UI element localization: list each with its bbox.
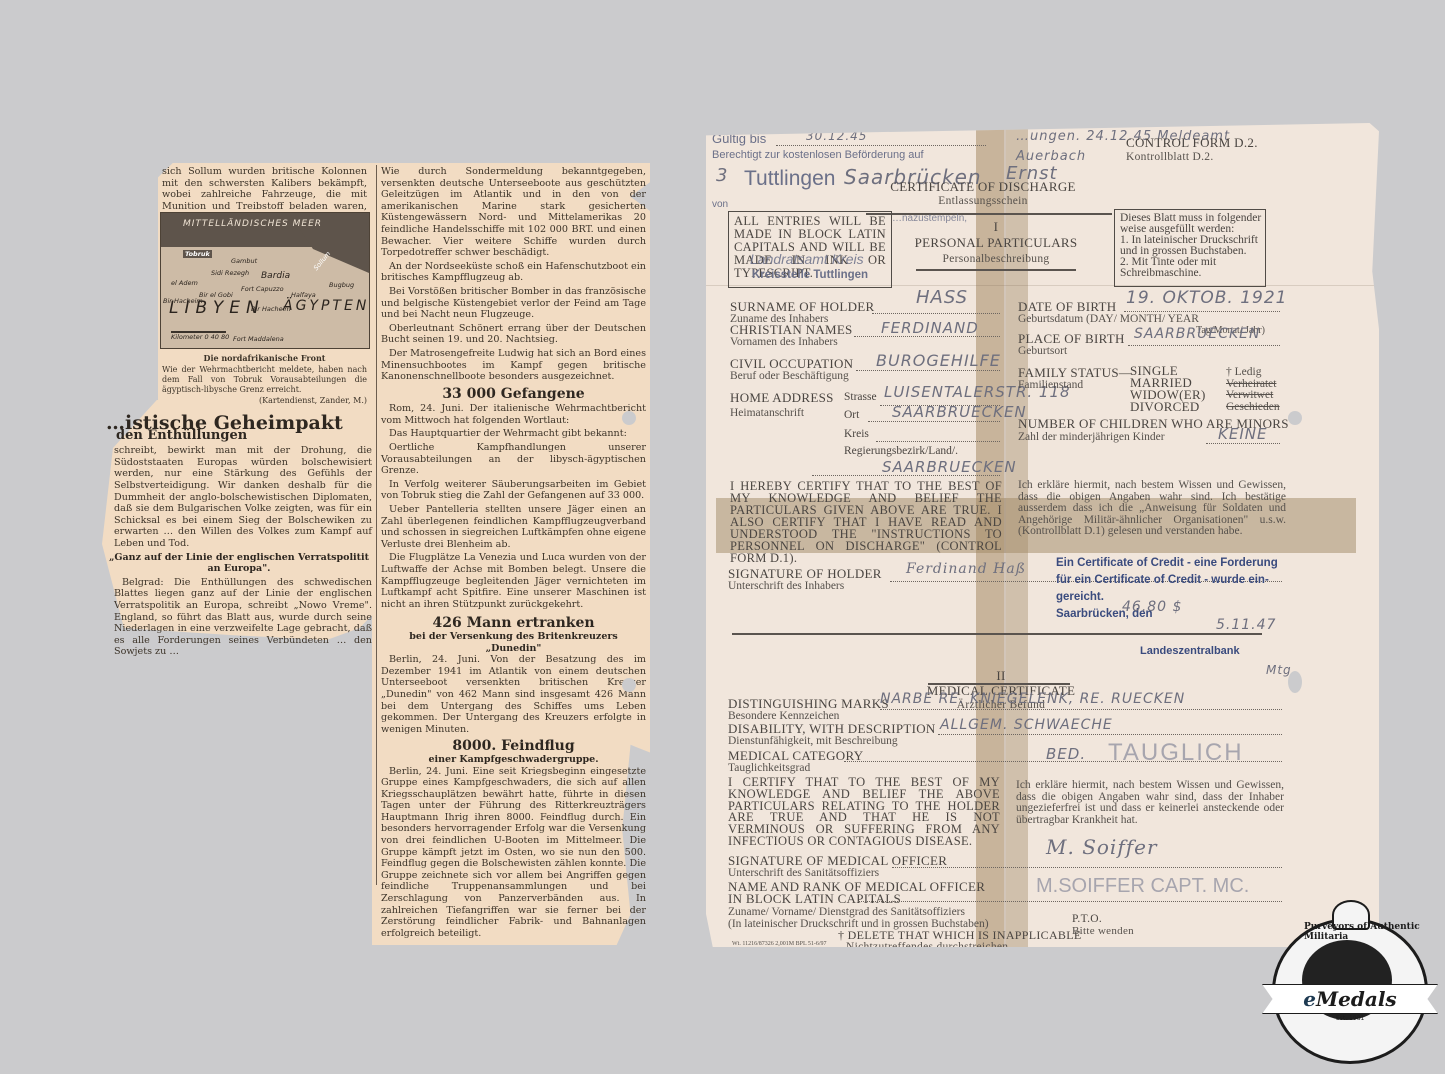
marks-line bbox=[880, 709, 1282, 710]
valid-until-line bbox=[776, 145, 986, 146]
strasse-label: Strasse bbox=[844, 391, 877, 403]
pob-line bbox=[1128, 345, 1280, 346]
name-rank-en-2: IN BLOCK LATIN CAPITALS bbox=[728, 893, 985, 905]
civil-occupation-line bbox=[856, 370, 1000, 371]
sig-officer-line bbox=[892, 867, 1282, 868]
instructions-de-item-2: 2. Mit Tinte oder mit Schreibmaschine. bbox=[1120, 257, 1262, 279]
home-address-label-de: Heimatanschrift bbox=[730, 407, 804, 419]
medical-certify-de: Ich erkläre hiermit, nach bestem Wissen … bbox=[1016, 780, 1284, 826]
civil-occupation-value: BUROGEHILFE bbox=[876, 351, 1001, 370]
tauglich-stamp: TAUGLICH bbox=[1108, 739, 1244, 767]
children-label-de: Zahl der minderjährigen Kinder bbox=[1018, 431, 1165, 443]
section-1-de: Personalbeschreibung bbox=[906, 251, 1086, 267]
logo-est: Est. 1981 bbox=[1336, 1015, 1364, 1022]
title-de: Entlassungsschein bbox=[858, 194, 1108, 209]
signature-holder-label-de: Unterschrift des Inhabers bbox=[728, 580, 844, 592]
name-rank-label-de: Zuname/ Vorname/ Dienstgrad des Sanitäts… bbox=[728, 907, 989, 930]
pto-en: P.T.O. bbox=[1072, 913, 1134, 925]
handwritten-auerbach: Auerbach bbox=[1016, 149, 1086, 164]
stamp-tuttlingen: Tuttlingen bbox=[744, 167, 835, 191]
marks-value: NARBE RE. KNIEGELENK, RE. RUECKEN bbox=[880, 691, 1185, 707]
title-en: CERTIFICATE OF DISCHARGE bbox=[858, 179, 1108, 194]
civil-occupation-label-de: Beruf oder Beschäftigung bbox=[730, 370, 849, 382]
section-2-num: II bbox=[916, 668, 1086, 683]
name-rank-stamp: M.SOIFFER CAPT. MC. bbox=[1036, 875, 1249, 898]
name-rank-line bbox=[858, 901, 1282, 902]
option-divorced: DIVORCED bbox=[1130, 401, 1206, 413]
surname-line bbox=[872, 313, 1000, 314]
logo-brand: eMedals bbox=[1303, 987, 1396, 1011]
children-value: KEINE bbox=[1218, 425, 1267, 443]
medical-category-label-de: Tauglichkeitsgrad bbox=[728, 762, 810, 774]
sig-officer-value: M. Soiffer bbox=[1046, 835, 1158, 859]
section-1-underline bbox=[916, 269, 1076, 271]
ort-label: Ort bbox=[844, 409, 859, 421]
medical-category-value: BED. bbox=[1046, 745, 1086, 763]
ort-line bbox=[868, 421, 1000, 422]
disability-line bbox=[938, 734, 1282, 735]
landratsamt-stamp: Landratsamt Kreis bbox=[750, 251, 864, 267]
regbez-value: SAARBRUECKEN bbox=[882, 458, 1017, 476]
family-status-options-de: † Ledig Verheiratet Verwitwet Geschieden bbox=[1226, 367, 1280, 413]
newspaper-bottom-piece bbox=[372, 560, 650, 945]
pob-label-de: Geburtsort bbox=[1018, 345, 1067, 357]
family-status-label-de: Familienstand bbox=[1018, 379, 1083, 391]
children-line bbox=[1206, 443, 1280, 444]
transport-stamp-line: Berechtigt zur kostenlosen Beförderung a… bbox=[712, 149, 924, 161]
dob-value: 19. OKTOB. 1921 bbox=[1126, 288, 1287, 308]
discharge-certificate: Gültig bis 30.12.45 Berechtigt zur koste… bbox=[706, 123, 1379, 947]
disability-label-de: Dienstunfähigkeit, mit Beschreibung bbox=[728, 735, 898, 747]
punch-hole bbox=[1288, 411, 1302, 425]
bank-stamp: Landeszentralbank bbox=[1140, 645, 1240, 657]
handwritten-number: 3 bbox=[716, 165, 728, 186]
delete-note: † DELETE THAT WHICH IS INAPPLICABLE Nich… bbox=[838, 929, 1082, 953]
name-rank-de-1: Zuname/ Vorname/ Dienstgrad des Sanitäts… bbox=[728, 907, 989, 919]
credit-amount: 46.80 $ bbox=[1122, 599, 1182, 615]
kreis-line bbox=[876, 441, 1000, 442]
section-divider bbox=[732, 633, 1262, 635]
instructions-de-line: Dieses Blatt muss in folgender weise aus… bbox=[1120, 213, 1262, 235]
section-1-en: PERSONAL PARTICULARS bbox=[906, 235, 1086, 251]
disability-value: ALLGEM. SCHWAECHE bbox=[940, 717, 1113, 733]
von-label: von bbox=[712, 199, 728, 210]
option-geschieden: Geschieden bbox=[1226, 402, 1280, 414]
instructions-text-de: Dieses Blatt muss in folgender weise aus… bbox=[1120, 213, 1262, 279]
option-ledig: † Ledig bbox=[1226, 367, 1280, 379]
control-form-label: CONTROL FORM D.2. Kontrollblatt D.2. bbox=[1126, 135, 1258, 165]
kreis-label: Kreis bbox=[844, 428, 869, 440]
signature-holder-value: Ferdinand Haß bbox=[906, 561, 1026, 577]
credit-date: 5.11.47 bbox=[1216, 617, 1276, 633]
credit-stamp-line-2: für ein Certificate of Credit - wurde ei… bbox=[1056, 572, 1278, 589]
delete-note-de: Nichtzutreffendes durchstreichen bbox=[838, 941, 1082, 953]
punch-hole bbox=[1288, 671, 1302, 693]
control-form-de: Kontrollblatt D.2. bbox=[1126, 150, 1258, 165]
instructions-de-item-1: 1. In lateinischer Druckschrift und in g… bbox=[1120, 235, 1262, 257]
pob-value: SAARBRUECKEN bbox=[1134, 326, 1260, 342]
emedals-watermark-logo: Purveyors of Authentic Militaria eMedals… bbox=[1262, 900, 1436, 1065]
kreisstelle-stamp: Kreisstelle Tuttlingen bbox=[752, 269, 868, 281]
certificate-title: CERTIFICATE OF DISCHARGE Entlassungssche… bbox=[858, 179, 1108, 209]
section-2-underline bbox=[928, 683, 1070, 685]
home-address-label: HOME ADDRESS bbox=[730, 390, 834, 406]
logo-arc-text: Purveyors of Authentic Militaria bbox=[1304, 922, 1436, 942]
ort-value: SAARBRUECKEN bbox=[892, 403, 1027, 421]
family-status-options-en: SINGLE MARRIED WIDOW(ER) DIVORCED bbox=[1130, 365, 1206, 413]
christian-names-value: FERDINAND bbox=[881, 319, 979, 337]
control-form-en: CONTROL FORM D.2. bbox=[1126, 135, 1258, 150]
valid-until-value: 30.12.45 bbox=[806, 129, 867, 143]
logo-brand-name: Medals bbox=[1316, 987, 1397, 1011]
dob-label-de: Geburtsdatum (DAY/ MONTH/ YEAR bbox=[1018, 313, 1199, 325]
sig-officer-label-de: Unterschrift des Sanitätsoffiziers bbox=[728, 867, 879, 879]
christian-names-label-de: Vornamen des Inhabers bbox=[730, 336, 838, 348]
medical-certify-en: I CERTIFY THAT TO THE BEST OF MY KNOWLED… bbox=[728, 777, 1000, 848]
print-code: Wt. 11216/87326 2,001M BPL 51-6/97 bbox=[732, 941, 827, 947]
declaration-en: I HEREBY CERTIFY THAT TO THE BEST OF MY … bbox=[730, 480, 1002, 564]
newspaper-top-piece bbox=[158, 163, 650, 403]
dob-line bbox=[1124, 311, 1280, 312]
logo-brand-e: e bbox=[1303, 987, 1316, 1011]
regbez-label: Regierungsbezirk/Land/. bbox=[844, 445, 958, 457]
section-1-header: I PERSONAL PARTICULARS Personalbeschreib… bbox=[906, 219, 1086, 267]
valid-until-label: Gültig bis bbox=[712, 131, 766, 146]
surname-value: HASS bbox=[916, 287, 968, 308]
declaration-de: Ich erkläre hiermit, nach bestem Wissen … bbox=[1018, 480, 1286, 538]
regbez-line bbox=[812, 475, 1000, 476]
delete-note-en: † DELETE THAT WHICH IS INAPPLICABLE bbox=[838, 929, 1082, 941]
section-1-num: I bbox=[906, 219, 1086, 235]
logo-banner: eMedals bbox=[1262, 984, 1438, 1014]
option-verwitwet: Verwitwet bbox=[1226, 390, 1280, 402]
credit-stamp-line-1: Ein Certificate of Credit - eine Forderu… bbox=[1056, 555, 1278, 572]
